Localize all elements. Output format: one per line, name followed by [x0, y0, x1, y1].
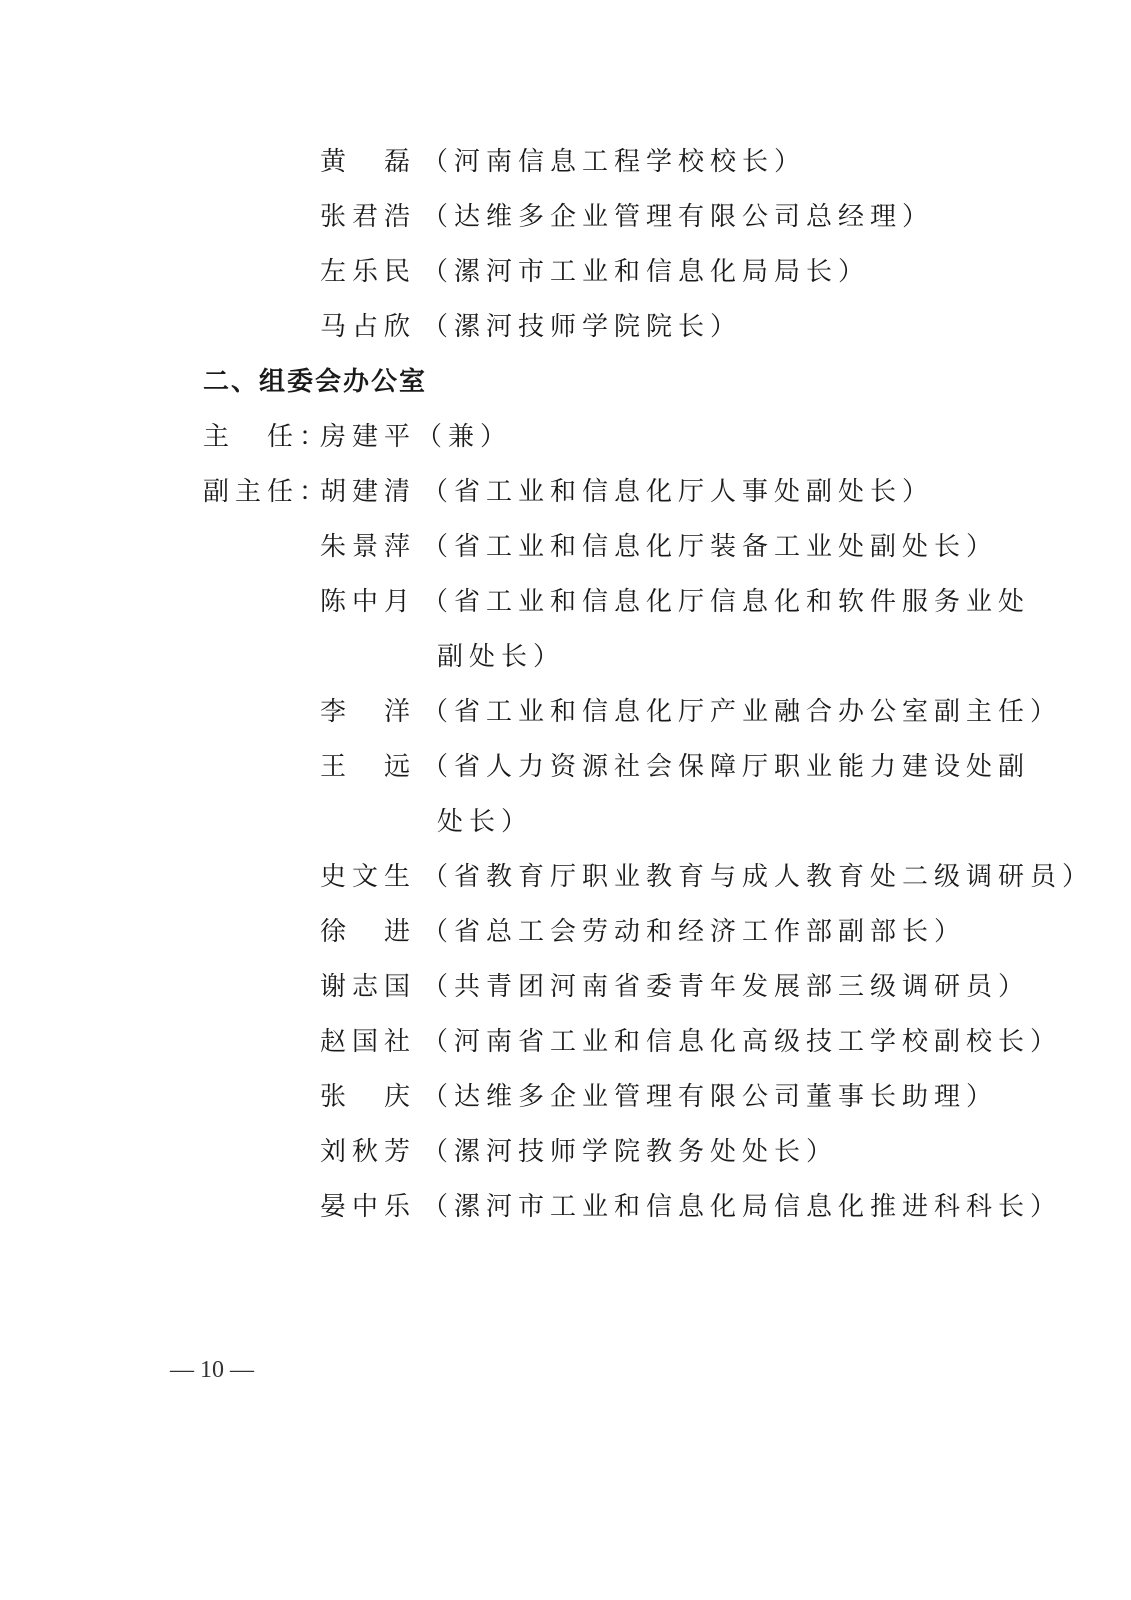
deputy-row: 王 远（省人力资源社会保障厅职业能力建设处副	[320, 751, 1030, 783]
affiliation-continuation: 副处长）	[437, 641, 565, 673]
member-affiliation: （省工业和信息化厅人事处副处长）	[422, 477, 934, 507]
section-heading: 二、组委会办公室	[203, 366, 427, 398]
member-affiliation: （漯河技师学院教务处处长）	[422, 1137, 838, 1167]
deputy-row: 谢志国（共青团河南省委青年发展部三级调研员）	[320, 971, 1030, 1003]
member-name: 赵国社	[320, 1026, 422, 1058]
deputy-row: 刘秋芳（漯河技师学院教务处处长）	[320, 1136, 838, 1168]
member-affiliation: （漯河市工业和信息化局局长）	[422, 257, 870, 287]
member-affiliation: （省工业和信息化厅装备工业处副处长）	[422, 532, 998, 562]
member-affiliation: （省工业和信息化厅产业融合办公室副主任）	[422, 697, 1062, 727]
member-name: 史文生	[320, 861, 422, 893]
member-affiliation: （河南信息工程学校校长）	[422, 147, 806, 177]
deputy-row: 晏中乐（漯河市工业和信息化局信息化推进科科长）	[320, 1191, 1062, 1223]
director-name: 房建平	[320, 422, 416, 452]
deputy-row: 陈中月（省工业和信息化厅信息化和软件服务业处	[320, 586, 1030, 618]
member-affiliation: （省总工会劳动和经济工作部副部长）	[422, 917, 966, 947]
director-note: （兼）	[416, 422, 512, 452]
deputy-row: 李 洋（省工业和信息化厅产业融合办公室副主任）	[320, 696, 1062, 728]
member-name: 谢志国	[320, 971, 422, 1003]
deputy-row: 张 庆（达维多企业管理有限公司董事长助理）	[320, 1081, 998, 1113]
member-name: 张君浩	[320, 201, 422, 233]
deputy-row: 赵国社（河南省工业和信息化高级技工学校副校长）	[320, 1026, 1062, 1058]
member-affiliation: （省人力资源社会保障厅职业能力建设处副	[422, 752, 1030, 782]
member-name: 黄 磊	[320, 146, 422, 178]
member-affiliation: （漯河市工业和信息化局信息化推进科科长）	[422, 1192, 1062, 1222]
member-affiliation: （省教育厅职业教育与成人教育处二级调研员）	[422, 862, 1094, 892]
director-row: 主 任：房建平（兼）	[203, 421, 512, 453]
member-name: 张 庆	[320, 1081, 422, 1113]
deputy-row: 史文生（省教育厅职业教育与成人教育处二级调研员）	[320, 861, 1094, 893]
page-number: — 10 —	[170, 1356, 254, 1384]
member-name: 李 洋	[320, 696, 422, 728]
member-name: 朱景萍	[320, 531, 422, 563]
director-label: 主 任：	[203, 421, 320, 453]
member-name: 马占欣	[320, 311, 422, 343]
member-name: 晏中乐	[320, 1191, 422, 1223]
member-name: 徐 进	[320, 916, 422, 948]
member-row: 张君浩（达维多企业管理有限公司总经理）	[320, 201, 934, 233]
member-affiliation: （达维多企业管理有限公司总经理）	[422, 202, 934, 232]
member-name: 刘秋芳	[320, 1136, 422, 1168]
member-affiliation: （省工业和信息化厅信息化和软件服务业处	[422, 587, 1030, 617]
member-affiliation: （共青团河南省委青年发展部三级调研员）	[422, 972, 1030, 1002]
deputy-row: 徐 进（省总工会劳动和经济工作部副部长）	[320, 916, 966, 948]
member-name: 胡建清	[320, 476, 422, 508]
member-affiliation: （河南省工业和信息化高级技工学校副校长）	[422, 1027, 1062, 1057]
deputy-row: 朱景萍（省工业和信息化厅装备工业处副处长）	[320, 531, 998, 563]
member-affiliation: （达维多企业管理有限公司董事长助理）	[422, 1082, 998, 1112]
member-row: 黄 磊（河南信息工程学校校长）	[320, 146, 806, 178]
member-affiliation: （漯河技师学院院长）	[422, 312, 742, 342]
member-name: 左乐民	[320, 256, 422, 288]
member-name: 陈中月	[320, 586, 422, 618]
deputy-label: 副主任：	[203, 476, 320, 508]
deputy-row: 副主任：胡建清（省工业和信息化厅人事处副处长）	[203, 476, 934, 508]
affiliation-continuation: 处长）	[437, 806, 533, 838]
member-name: 王 远	[320, 751, 422, 783]
member-row: 左乐民（漯河市工业和信息化局局长）	[320, 256, 870, 288]
member-row: 马占欣（漯河技师学院院长）	[320, 311, 742, 343]
